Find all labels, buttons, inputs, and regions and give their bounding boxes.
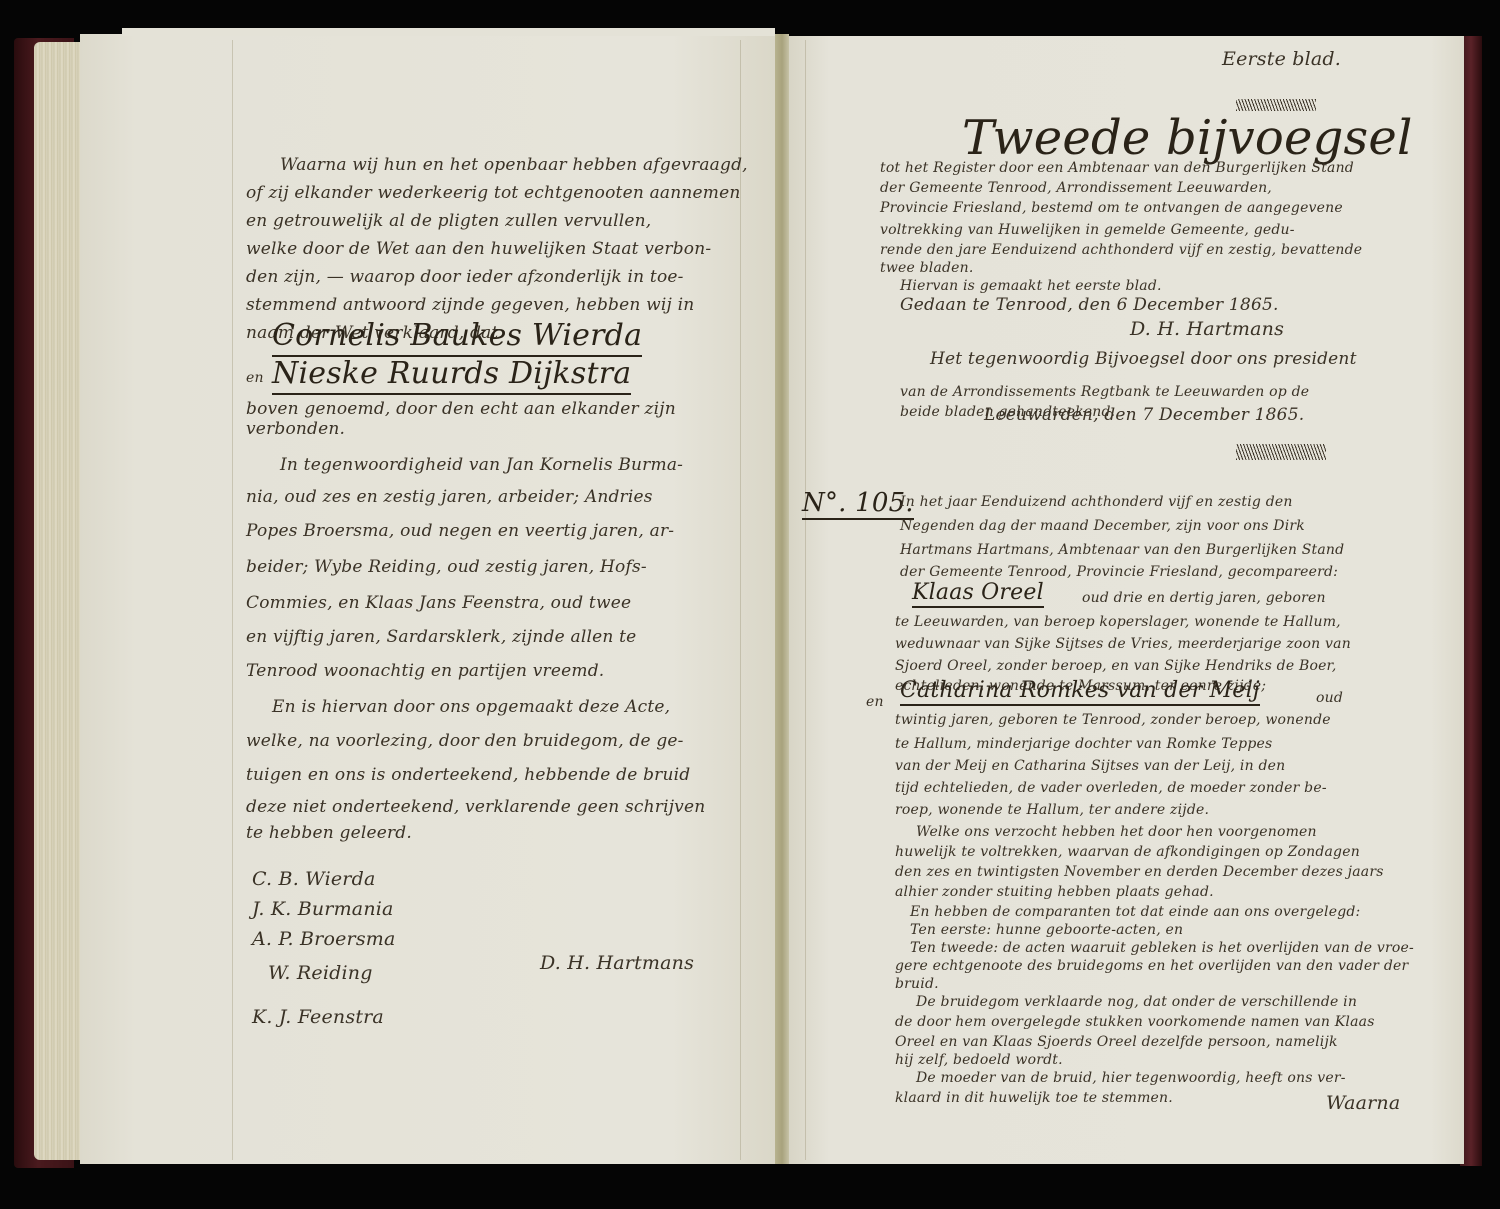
bride-name: Nieske Ruurds Dijkstra [272,356,631,395]
text-line: huwelijk te voltrekken, waarvan de afkon… [895,842,1360,863]
text-line: Commies, en Klaas Jans Feenstra, oud twe… [246,588,631,619]
text-line: In het jaar Eenduizend achthonderd vijf … [900,492,1293,513]
text-line: den zes en twintigsten November en derde… [895,862,1384,883]
text-line: of zij elkander wederkeerig tot echtgeno… [246,178,741,209]
first-signature: D. H. Hartmans [1130,318,1284,340]
bride-prefix-act: en [866,692,884,713]
text-line: beider; Wybe Reiding, oud zestig jaren, … [246,552,647,583]
text-line: twintig jaren, geboren te Tenrood, zonde… [895,710,1331,731]
text-line: tot het Register door een Ambtenaar van … [880,158,1354,179]
text-line: van der Meij en Catharina Sijtses van de… [895,756,1285,777]
text-line: Gedaan te Tenrood, den 6 December 1865. [900,290,1279,321]
text-line: De bruidegom verklaarde nog, dat onder d… [916,992,1357,1013]
text-line: Negenden dag der maand December, zijn vo… [900,516,1305,537]
text-line: Tenrood woonachtig en partijen vreemd. [246,656,604,687]
act-number: N°. 105. [802,488,914,520]
text-line: Het tegenwoordig Bijvoegsel door ons pre… [930,344,1357,375]
text-line: te Hallum, minderjarige dochter van Romk… [895,734,1272,755]
text-line: en getrouwelijk al de pligten zullen ver… [246,206,651,237]
text-line: Sjoerd Oreel, zonder beroep, en van Sijk… [895,656,1337,677]
groom-name: Cornelis Baukes Wierda [272,318,642,357]
left-margin-rule [232,40,233,1160]
text-line: klaard in dit huwelijk toe te stemmen. [895,1088,1173,1109]
text-line: Waarna wij hun en het openbaar hebben af… [280,150,748,181]
text-line: te Leeuwarden, van beroep koperslager, w… [895,612,1341,633]
bride-prefix: en [246,368,264,389]
text-line: nia, oud zes en zestig jaren, arbeider; … [246,482,653,513]
book-gutter [775,34,789,1164]
signature: W. Reiding [268,962,373,984]
text-line: weduwnaar van Sijke Sijtses de Vries, me… [895,634,1351,655]
president-paraph-scribble [1236,444,1326,464]
signature: K. J. Feenstra [252,1006,384,1028]
text-line: verbonden. [246,414,345,445]
text-line: en vijftig jaren, Sardarsklerk, zijnde a… [246,622,636,653]
text-line: En is hiervan door ons opgemaakt deze Ac… [272,692,670,723]
groom-name-act: Klaas Oreel [912,580,1044,608]
text-line: Hartmans Hartmans, Ambtenaar van den Bur… [900,540,1344,561]
text-line: welke, na voorlezing, door den bruidegom… [246,726,684,757]
text-line: den zijn, — waarop door ieder afzonderli… [246,262,684,293]
text-line: welke door de Wet aan den huwelijken Sta… [246,234,711,265]
bride-age-suffix: oud [1316,688,1343,709]
text-line: tuigen en ons is onderteekend, hebbende … [246,760,690,791]
text-line: roep, wonende te Hallum, ter andere zijd… [895,800,1209,821]
text-line: der Gemeente Tenrood, Arrondissement Lee… [880,178,1272,199]
signature: J. K. Burmania [252,898,394,920]
catchword: Waarna [1326,1092,1400,1114]
signature: C. B. Wierda [252,868,375,890]
sheet-label: Eerste blad. [1222,48,1341,70]
text-line: te hebben geleerd. [246,818,412,849]
text-line: stemmend antwoord zijnde gegeven, hebben… [246,290,694,321]
right-page-margin-rule [805,40,806,1160]
text-line: oud drie en dertig jaren, geboren [1082,588,1326,609]
text-line: gere echtgenoote des bruidegoms en het o… [895,956,1408,977]
bride-name-act: Catharina Romkes van der Meij [900,678,1260,706]
text-line: In tegenwoordigheid van Jan Kornelis Bur… [280,450,683,481]
text-line: tijd echtelieden, de vader overleden, de… [895,778,1327,799]
text-line: De moeder van de bruid, hier tegenwoordi… [916,1068,1346,1089]
text-line: voltrekking van Huwelijken in gemelde Ge… [880,220,1295,241]
text-line: Provincie Friesland, bestemd om te ontva… [880,198,1343,219]
text-line: Welke ons verzocht hebben het door hen v… [916,822,1317,843]
text-line: alhier zonder stuiting hebben plaats geh… [895,882,1214,903]
text-line: Popes Broersma, oud negen en veertig jar… [246,516,674,547]
officer-signature: D. H. Hartmans [540,952,694,974]
text-line: de door hem overgelegde stukken voorkome… [895,1012,1375,1033]
left-page-top-edge [122,28,775,36]
text-line: Leeuwarden, den 7 December 1865. [984,400,1304,431]
signature: A. P. Broersma [252,928,396,950]
